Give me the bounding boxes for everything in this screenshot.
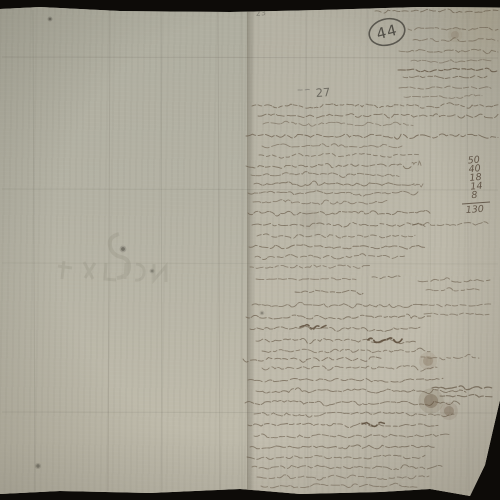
scanner-backdrop: 23 44 27 504018148 130 (0, 0, 500, 500)
manuscript-sheet: 23 44 27 504018148 130 (0, 0, 500, 500)
edge-vignette (0, 0, 500, 500)
